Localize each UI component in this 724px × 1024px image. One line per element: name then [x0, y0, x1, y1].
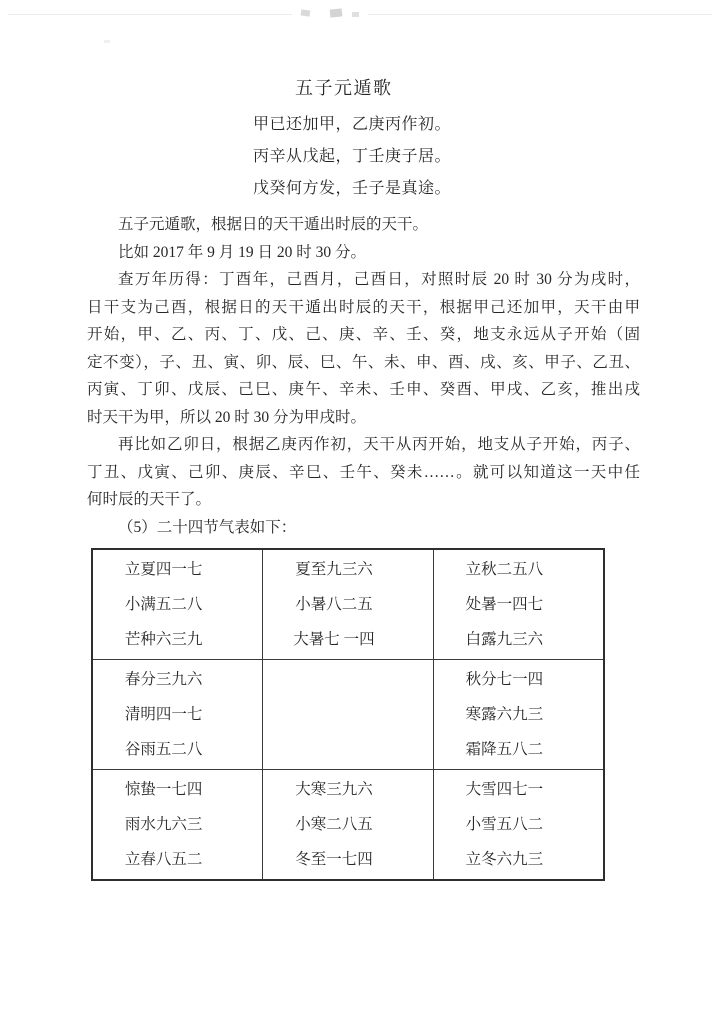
verse-line: 丙辛从戊起，丁壬庚子居。: [253, 141, 640, 173]
solar-term-entry: 小雪五八二: [420, 807, 589, 842]
paragraph-line: 日干支为己酉，根据日的天干遁出时辰的天干，根据甲己还加甲，天干由甲: [87, 294, 640, 322]
paragraph-line: 丙寅、丁卯、戊辰、己巳、庚午、辛未、壬申、癸酉、甲戌、乙亥，推出戌: [87, 376, 640, 404]
paragraph-line: 时天干为甲，所以 20 时 30 分为甲戌时。: [87, 404, 640, 432]
solar-term-entry: 小暑八二五: [249, 587, 418, 622]
paragraph-line: 比如 2017 年 9 月 19 日 20 时 30 分。: [87, 239, 640, 267]
page-title: 五子元遁歌: [87, 0, 640, 100]
solar-term-entry: 大暑七 一四: [249, 622, 418, 657]
solar-term-entry: 清明四一七: [79, 697, 248, 732]
solar-term-entry: 立秋二五八: [420, 552, 589, 587]
solar-term-entry: 夏至九三六: [249, 552, 418, 587]
para-example-date: 比如 2017 年 9 月 19 日 20 时 30 分。: [87, 239, 640, 267]
solar-terms-table-body: 立夏四一七小满五二八芒种六三九夏至九三六小暑八二五大暑七 一四立秋二五八处暑一四…: [92, 549, 604, 880]
solar-term-entry: 白露九三六: [420, 622, 589, 657]
scanned-document-page: 五子元遁歌 甲已还加甲，乙庚丙作初。丙辛从戊起，丁壬庚子居。戊癸何方发，壬子是真…: [0, 0, 724, 1024]
solar-term-entry: 霜降五八二: [420, 732, 589, 767]
table-cell: 夏至九三六小暑八二五大暑七 一四: [263, 549, 433, 660]
table-cell: 大寒三九六小寒二八五冬至一七四: [263, 770, 433, 881]
solar-term-entry: 立夏四一七: [79, 552, 248, 587]
solar-term-entry: 谷雨五二八: [79, 732, 248, 767]
solar-term-entry: 冬至一七四: [249, 842, 418, 877]
paragraph-line: 查万年历得：丁酉年，己酉月，己酉日，对照时辰 20 时 30 分为戌时，: [87, 266, 640, 294]
solar-term-entry: 处暑一四七: [420, 587, 589, 622]
table-row: 春分三九六清明四一七谷雨五二八秋分七一四寒露六九三霜降五八二: [92, 660, 604, 770]
solar-term-entry: 小满五二八: [79, 587, 248, 622]
document-content: 五子元遁歌 甲已还加甲，乙庚丙作初。丙辛从戊起，丁壬庚子居。戊癸何方发，壬子是真…: [0, 0, 640, 881]
empty-cell-line: [249, 697, 418, 732]
paragraph-line: 五子元遁歌，根据日的天干遁出时辰的天干。: [87, 211, 640, 239]
table-row: 惊蛰一七四雨水九六三立春八五二大寒三九六小寒二八五冬至一七四大雪四七一小雪五八二…: [92, 770, 604, 881]
paragraph-line: 开始，甲、乙、丙、丁、戊、己、庚、辛、壬、癸，地支永远从子开始（固: [87, 321, 640, 349]
solar-term-entry: 大雪四七一: [420, 772, 589, 807]
solar-term-entry: 寒露六九三: [420, 697, 589, 732]
solar-term-entry: 立春八五二: [79, 842, 248, 877]
paragraph-line: 丁丑、戊寅、己卯、庚辰、辛巳、壬午、癸未……。就可以知道这一天中任: [87, 459, 640, 487]
paragraph-line: 再比如乙卯日，根据乙庚丙作初，天干从丙开始，地支从子开始，丙子、: [87, 431, 640, 459]
table-cell: 惊蛰一七四雨水九六三立春八五二: [92, 770, 263, 881]
table-cell: 大雪四七一小雪五八二立冬六九三: [433, 770, 604, 881]
para-table-caption: （5）二十四节气表如下：: [87, 514, 640, 542]
table-cell: 春分三九六清明四一七谷雨五二八: [92, 660, 263, 770]
empty-cell-line: [249, 732, 418, 767]
solar-term-entry: 大寒三九六: [249, 772, 418, 807]
verse-line: 戊癸何方发，壬子是真途。: [253, 173, 640, 205]
solar-term-entry: 芒种六三九: [79, 622, 248, 657]
solar-term-entry: 春分三九六: [79, 662, 248, 697]
para-yimao-example: 再比如乙卯日，根据乙庚丙作初，天干从丙开始，地支从子开始，丙子、丁丑、戊寅、己卯…: [87, 431, 640, 514]
paragraph-line: 何时辰的天干了。: [87, 486, 640, 514]
table-row: 立夏四一七小满五二八芒种六三九夏至九三六小暑八二五大暑七 一四立秋二五八处暑一四…: [92, 549, 604, 660]
paragraph-line: 定不变），子、丑、寅、卯、辰、巳、午、未、申、酉、戌、亥、甲子、乙丑、: [87, 349, 640, 377]
solar-term-entry: 立冬六九三: [420, 842, 589, 877]
table-cell: 立夏四一七小满五二八芒种六三九: [92, 549, 263, 660]
empty-cell-line: [249, 662, 418, 697]
para-intro: 五子元遁歌，根据日的天干遁出时辰的天干。: [87, 211, 640, 239]
paragraph-line: （5）二十四节气表如下：: [87, 514, 640, 542]
verse-line: 甲已还加甲，乙庚丙作初。: [253, 109, 640, 141]
para-calendar-lookup: 查万年历得：丁酉年，己酉月，己酉日，对照时辰 20 时 30 分为戌时，日干支为…: [87, 266, 640, 431]
table-cell: 秋分七一四寒露六九三霜降五八二: [433, 660, 604, 770]
verse: 甲已还加甲，乙庚丙作初。丙辛从戊起，丁壬庚子居。戊癸何方发，壬子是真途。: [87, 109, 640, 205]
paragraphs: 五子元遁歌，根据日的天干遁出时辰的天干。比如 2017 年 9 月 19 日 2…: [87, 211, 640, 541]
solar-term-entry: 秋分七一四: [420, 662, 589, 697]
solar-terms-table: 立夏四一七小满五二八芒种六三九夏至九三六小暑八二五大暑七 一四立秋二五八处暑一四…: [91, 548, 605, 881]
solar-term-entry: 惊蛰一七四: [79, 772, 248, 807]
table-cell: [263, 660, 433, 770]
solar-term-entry: 小寒二八五: [249, 807, 418, 842]
table-cell: 立秋二五八处暑一四七白露九三六: [433, 549, 604, 660]
solar-term-entry: 雨水九六三: [79, 807, 248, 842]
